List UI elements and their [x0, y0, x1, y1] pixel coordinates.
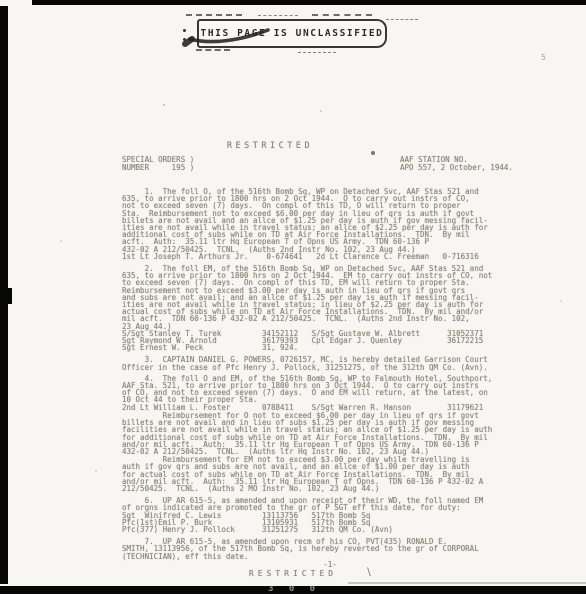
scan-dash-artifact	[258, 15, 298, 16]
orders-header-left: SPECIAL ORDERS )NUMBER 195 )	[122, 156, 194, 172]
film-frame-number: 3 0 0	[268, 586, 320, 594]
order-paragraph-4: 4. The foll O and EM, of the 516th Bomb …	[122, 375, 532, 411]
scan-dash-artifact	[312, 14, 372, 16]
paper-edge-shadow	[348, 582, 586, 584]
film-edge-top	[32, 0, 586, 5]
film-edge-left	[0, 6, 8, 584]
margin-stray-mark: 5	[541, 53, 546, 62]
scan-dash-artifact	[298, 52, 336, 53]
reimbursement-note-enlisted: Reimbursement for EM not to exceed $3.00…	[122, 456, 532, 492]
orders-number: NUMBER 195 )	[122, 163, 194, 172]
order-paragraph-7: 7. UP AR 615-5, as amended upon recm of …	[122, 538, 532, 560]
orders-header-right: AAF STATION NO.APO 557, 2 October, 1944.	[400, 156, 513, 172]
scanned-document-page: 3 0 0 THIS PAGE IS UNCLASSIFIED 5 RESTRI…	[0, 0, 586, 594]
scan-dash-artifact	[386, 19, 418, 20]
film-edge-nub	[8, 288, 12, 304]
classification-header: RESTRICTED	[0, 141, 540, 151]
classification-footer: RESTRICTED	[0, 569, 586, 578]
scan-speck	[163, 104, 165, 106]
order-paragraph-6: 6. UP AR 615-5, as amended and upon rece…	[122, 497, 532, 533]
scan-speck	[371, 151, 375, 155]
order-paragraph-2: 2. The foll EM, of the 516th Bomb Sq, WP…	[122, 265, 532, 351]
station-date: APO 557, 2 October, 1944.	[400, 163, 513, 172]
pen-swoosh-mark	[178, 24, 274, 56]
order-paragraph-3: 3. CAPTAIN DANIEL G. POWERS, 0726157, MC…	[122, 356, 532, 370]
reimbursement-note-officers: Reimbursement for O not to exceed $6.00 …	[122, 412, 532, 455]
order-paragraph-1: 1. The foll O, of the 516th Bomb Sq, WP …	[122, 188, 532, 260]
scan-speck	[560, 300, 562, 302]
scan-speck	[95, 470, 97, 472]
film-edge-bottom: 3 0 0	[0, 586, 586, 594]
scan-speck	[60, 240, 62, 242]
page-number: -1-	[300, 560, 360, 569]
scan-speck	[320, 110, 322, 112]
scan-dash-artifact	[186, 14, 242, 16]
orders-body: 1. The foll O, of the 516th Bomb Sq, WP …	[122, 188, 532, 560]
